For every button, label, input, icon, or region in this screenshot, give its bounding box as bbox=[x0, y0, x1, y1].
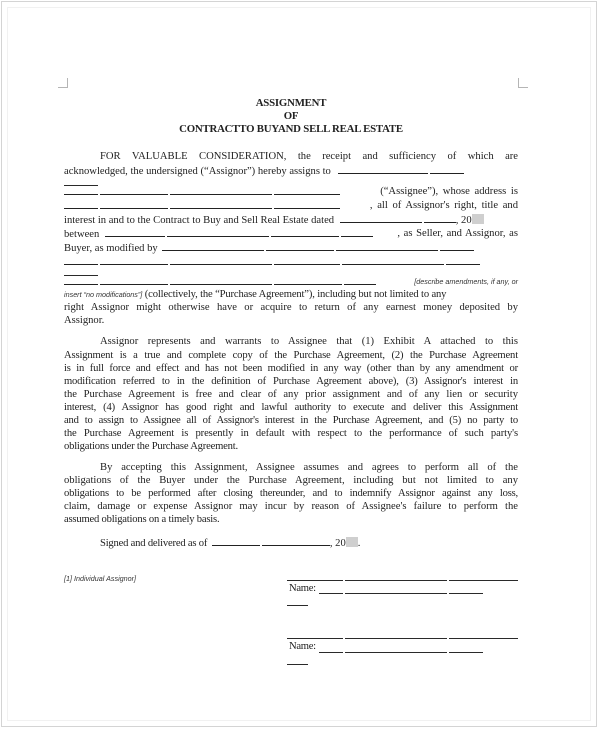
signed-year-prefix: , 20 bbox=[330, 538, 346, 549]
signature-line[interactable] bbox=[345, 580, 447, 581]
no-mod-note: insert “no modifications”] bbox=[64, 290, 142, 299]
assignee-name-field[interactable] bbox=[338, 163, 428, 174]
modification-field[interactable] bbox=[100, 254, 168, 265]
modification-field[interactable] bbox=[344, 274, 376, 285]
modification-field[interactable] bbox=[64, 254, 98, 265]
signature-line[interactable] bbox=[449, 580, 518, 581]
modification-field[interactable] bbox=[336, 240, 438, 251]
modification-field[interactable] bbox=[274, 274, 342, 285]
address-field[interactable] bbox=[170, 198, 272, 209]
modification-field[interactable] bbox=[266, 240, 334, 251]
address-field[interactable] bbox=[64, 184, 98, 195]
seller-text: , as Seller, and Assignor, as bbox=[397, 226, 518, 241]
modification-field[interactable] bbox=[440, 240, 474, 251]
assignee-name-field-cont[interactable] bbox=[430, 163, 464, 174]
seller-field[interactable] bbox=[105, 226, 165, 237]
between-text: between bbox=[64, 229, 99, 240]
modification-field[interactable] bbox=[170, 274, 272, 285]
signature-line[interactable] bbox=[449, 638, 518, 639]
seller-field[interactable] bbox=[271, 226, 339, 237]
seller-field[interactable] bbox=[341, 226, 373, 237]
margin-corner-mark bbox=[58, 78, 68, 88]
address-field[interactable] bbox=[170, 184, 272, 195]
para3-line: assumed obligations on a timely basis. bbox=[64, 512, 518, 527]
modification-field[interactable] bbox=[446, 254, 480, 265]
signed-line: Signed and delivered as of , 20. bbox=[64, 535, 518, 550]
document-title-line-3: CONTRACTTO BUYAND SELL REAL ESTATE bbox=[64, 123, 518, 136]
contract-text: interest in and to the Contract to Buy a… bbox=[64, 215, 334, 226]
modification-field[interactable] bbox=[64, 274, 98, 285]
between-line: between , as Seller, and Assignor, as bbox=[64, 226, 518, 241]
modification-field[interactable] bbox=[162, 240, 264, 251]
para1-line-1: FOR VALUABLE CONSIDERATION, the receipt … bbox=[64, 149, 518, 164]
buyer-line: Buyer, as modified by bbox=[64, 240, 518, 255]
name-field-1[interactable] bbox=[345, 593, 447, 594]
para1-line-2-text: acknowledged, the undersigned (“Assignor… bbox=[64, 166, 331, 177]
document-title-line-2: OF bbox=[64, 110, 518, 123]
signed-date-field[interactable] bbox=[262, 535, 330, 546]
name-field-1[interactable] bbox=[449, 593, 483, 594]
contract-date-field[interactable] bbox=[424, 212, 456, 223]
rights-text: , all of Assignor's right, title and bbox=[370, 198, 518, 213]
address-field[interactable] bbox=[100, 198, 168, 209]
para2-line: Assignor represents and warrants to Assi… bbox=[64, 334, 518, 349]
margin-corner-mark bbox=[518, 78, 528, 88]
signed-label: Signed and delivered as of bbox=[100, 538, 207, 549]
address-field[interactable] bbox=[274, 184, 340, 195]
name-field-1[interactable] bbox=[319, 593, 343, 594]
name-field-2[interactable] bbox=[319, 652, 343, 653]
buyer-text: Buyer, as modified by bbox=[64, 243, 158, 254]
assignee-address-line: (“Assignee”), whose address is bbox=[64, 184, 518, 199]
signed-year-field[interactable] bbox=[346, 537, 358, 547]
rights-line: , all of Assignor's right, title and bbox=[64, 198, 518, 213]
year-field[interactable] bbox=[472, 214, 484, 224]
name-field-1-cont[interactable] bbox=[287, 605, 308, 606]
contract-line: interest in and to the Contract to Buy a… bbox=[64, 212, 518, 227]
name-label-1: Name: bbox=[289, 583, 316, 594]
year-prefix: , 20 bbox=[456, 215, 472, 226]
signature-line[interactable] bbox=[345, 638, 447, 639]
address-field[interactable] bbox=[100, 184, 168, 195]
assignee-label: (“Assignee”), whose address is bbox=[380, 184, 518, 199]
modification-field[interactable] bbox=[342, 254, 444, 265]
modification-field[interactable] bbox=[274, 254, 340, 265]
signature-line[interactable] bbox=[287, 580, 343, 581]
name-field-2-cont[interactable] bbox=[287, 664, 308, 665]
collectively-text: (collectively, the “Purchase Agreement”)… bbox=[142, 289, 446, 300]
address-field[interactable] bbox=[274, 198, 340, 209]
para1-line-2: acknowledged, the undersigned (“Assignor… bbox=[64, 163, 518, 178]
signature-line[interactable] bbox=[287, 638, 343, 639]
name-field-2[interactable] bbox=[449, 652, 483, 653]
individual-assignor-note: [1] Individual Assignor] bbox=[64, 574, 136, 583]
signed-date-field[interactable] bbox=[212, 535, 260, 546]
para1-assignor-line: Assignor. bbox=[64, 313, 518, 328]
name-label-2: Name: bbox=[289, 641, 316, 652]
modification-field[interactable] bbox=[170, 254, 272, 265]
seller-field[interactable] bbox=[167, 226, 269, 237]
name-field-2[interactable] bbox=[345, 652, 447, 653]
modification-blank-line bbox=[64, 254, 518, 269]
document-title-line-1: ASSIGNMENT bbox=[64, 97, 518, 110]
para2-line: obligations under the Purchase Agreement… bbox=[64, 439, 518, 454]
modification-field[interactable] bbox=[100, 274, 168, 285]
contract-date-field[interactable] bbox=[340, 212, 422, 223]
signed-suffix: . bbox=[358, 538, 361, 549]
address-field[interactable] bbox=[64, 198, 98, 209]
